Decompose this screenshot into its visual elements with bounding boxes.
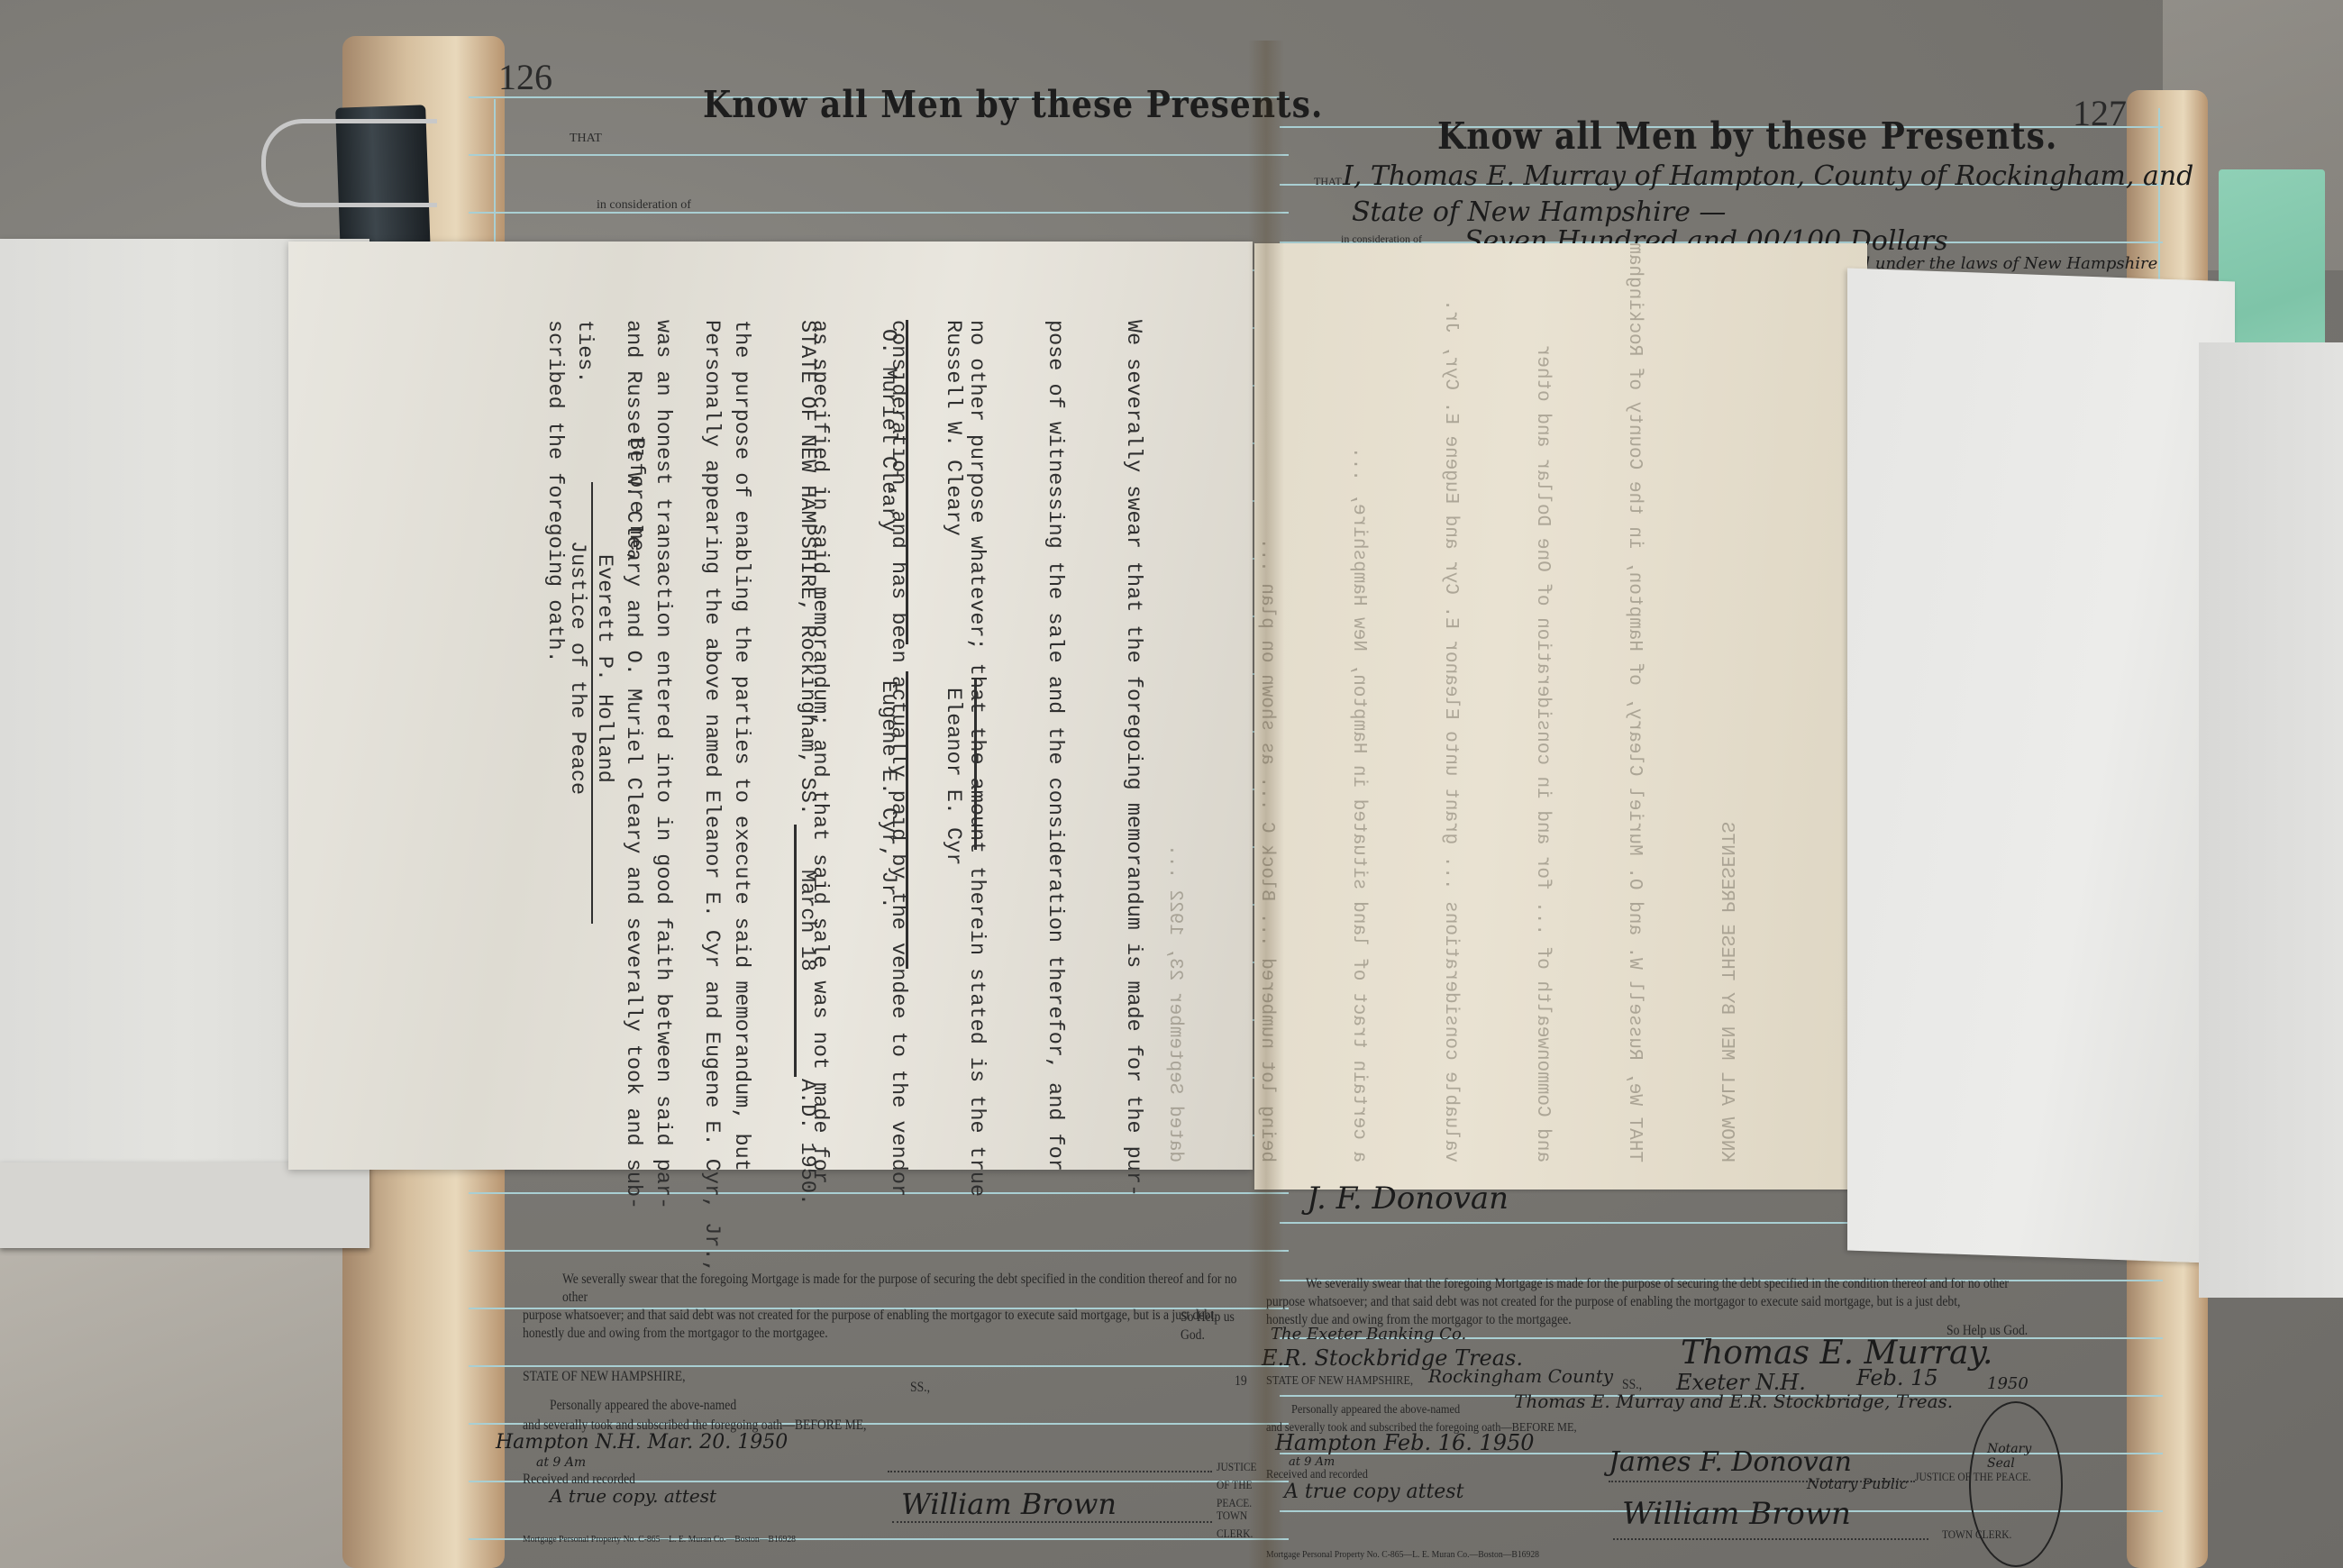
signature-line-top (974, 679, 977, 850)
left-consideration-label: in consideration of (597, 198, 691, 213)
left-handwritten-attest: A true copy. attest (550, 1485, 716, 1507)
right-oath-text: We severally swear that the foregoing Mo… (1266, 1275, 2059, 1329)
right-justice-signature: James F. Donovan (1609, 1446, 1852, 1478)
jurat-venue: STATE OF NEW HAMPSHIRE, Rockingham, SS. (794, 320, 820, 816)
right-town-clerk-line (1613, 1538, 1928, 1540)
right-signature-donovan: J. F. Donovan (1307, 1181, 1509, 1217)
left-form-footer: Mortgage Personal Property No. C-865—L. … (523, 1530, 796, 1548)
binder-clip-handle[interactable] (261, 119, 437, 207)
left-appeared: Personally appeared the above-named (550, 1397, 736, 1415)
left-year-prefix: 19 (1235, 1372, 1247, 1390)
right-foldout-sheet-edge (2199, 342, 2343, 1298)
mirrored-typed-content: KNOW ALL MEN BY THESE PRESENTS THAT We, … (1298, 297, 1802, 1162)
notary-seal-outline (1969, 1401, 2063, 1567)
right-state-label: STATE OF NEW HAMPSHIRE, (1266, 1372, 1413, 1390)
justice-title: Justice of the Peace (564, 541, 590, 795)
left-town-clerk-signature: William Brown (901, 1487, 1117, 1521)
jurat-date: March 18 (794, 870, 820, 971)
left-oath-text: We severally swear that the foregoing Mo… (523, 1271, 1260, 1343)
jurat-year: A.D. 1950. (794, 1079, 820, 1206)
left-page-title: Know all Men by these Presents. (703, 83, 1323, 126)
right-foldout-sheet[interactable] (1847, 268, 2235, 1263)
right-page-number: 127 (2073, 92, 2127, 134)
signature-line-eugene (906, 671, 908, 969)
signature-muriel-cleary: O. Muriel Cleary (875, 329, 901, 533)
left-handwritten-time: at 9 Am (536, 1455, 586, 1470)
right-handwritten-attest: A true copy attest (1284, 1481, 1463, 1503)
right-handwritten-date: Feb. 15 (1856, 1365, 1938, 1390)
left-handwritten-received: Hampton N.H. Mar. 20. 1950 (496, 1431, 788, 1454)
right-handwritten-received: Hampton Feb. 16. 1950 (1275, 1430, 1535, 1455)
handwritten-grantor-line1: I, Thomas E. Murray of Hampton, County o… (1343, 160, 2193, 192)
left-ss: SS., (910, 1379, 930, 1397)
left-page-margin-rule (494, 99, 496, 252)
right-that-label: THAT (1314, 175, 1342, 188)
right-mortgagor-signature: Thomas E. Murray. (1681, 1335, 1992, 1372)
right-appeared: Personally appeared the above-named (1291, 1401, 1460, 1419)
right-seal-note: Notary Seal (1987, 1442, 2041, 1471)
signature-eugene-cyr: Eugene E. Cyr, Jr. (875, 680, 901, 909)
before-me: Before me, (623, 437, 649, 564)
signature-russell-cleary: Russell W. Cleary (940, 320, 966, 536)
left-bottom-form: We severally swear that the foregoing Mo… (523, 1271, 1262, 1559)
left-justice-line (888, 1471, 1212, 1472)
handwritten-grantor-line2: State of New Hampshire — (1352, 196, 1726, 228)
right-handwritten-named: Thomas E. Murray and E.R. Stockbridge, T… (1514, 1390, 1953, 1412)
book-gutter (1248, 41, 1284, 1568)
right-page-margin-rule (2158, 108, 2160, 288)
right-form-footer: Mortgage Personal Property No. C-865—L. … (1266, 1545, 1539, 1563)
right-notary-note: Notary Public (1807, 1475, 1908, 1492)
right-town-clerk-signature: William Brown (1622, 1496, 1851, 1532)
right-bottom-form: We severally swear that the foregoing Mo… (1266, 1275, 2158, 1563)
foldout-sheet-lower-strip (0, 1162, 369, 1248)
left-page-number: 126 (498, 56, 552, 98)
left-that-label: THAT (570, 132, 602, 146)
right-handwritten-county: Rockingham County (1428, 1365, 1613, 1387)
signature-line-muriel (906, 320, 908, 644)
left-town-clerk-line (892, 1521, 1212, 1523)
signature-eleanor-cyr: Eleanor E. Cyr (940, 688, 966, 865)
right-page-title: Know all Men by these Presents. (1437, 114, 2057, 158)
right-handwritten-company: The Exeter Banking Co. (1271, 1325, 1466, 1344)
left-so-help: So Help us God. (1181, 1308, 1252, 1345)
left-state-label: STATE OF NEW HAMPSHIRE, (523, 1368, 686, 1386)
justice-name: Everett P. Holland (591, 554, 617, 783)
right-handwritten-year: 1950 (1987, 1374, 2028, 1393)
